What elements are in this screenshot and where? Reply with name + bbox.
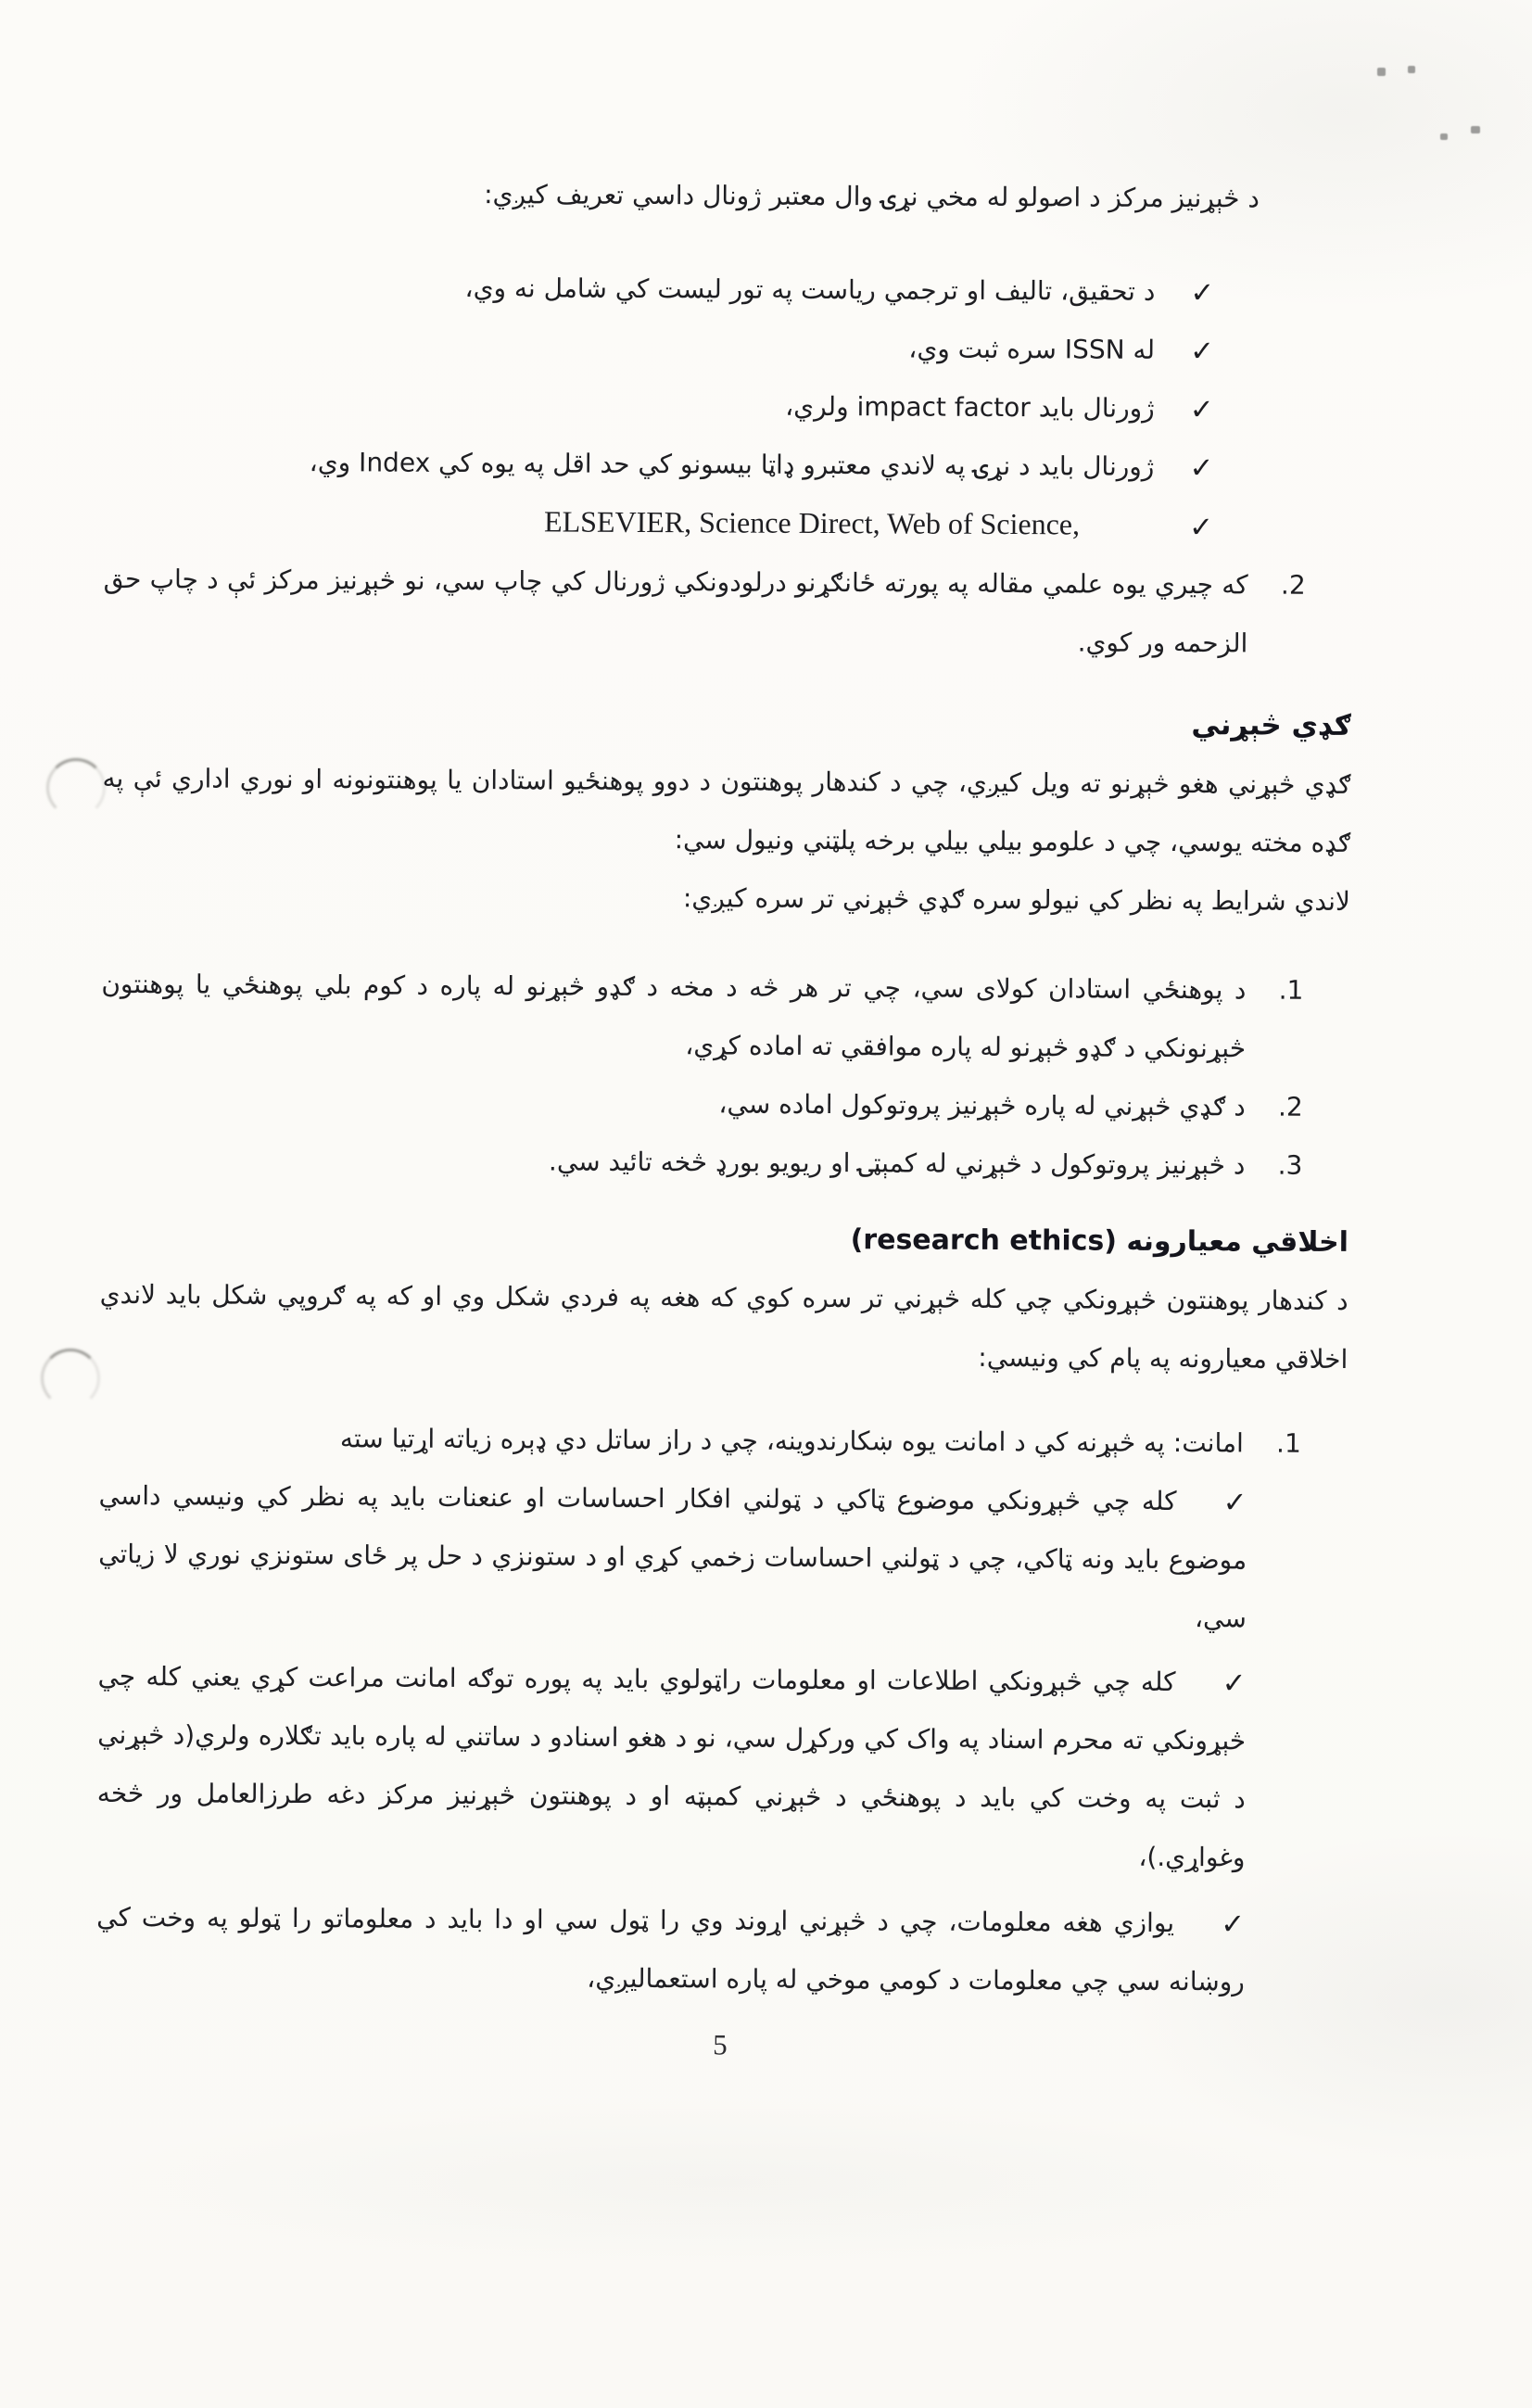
list-item-text: ELSEVIER, Science Direct, Web of Science… [544,504,1080,540]
checkmark-icon: ✓ [1189,439,1213,498]
list-item: ✓کله چي څېړونکي موضوع ټاکي د ټولني افکار… [98,1466,1247,1647]
checkmark-icon: ✓ [1222,1654,1246,1713]
list-item-text: ژورنال بايد د نړۍ په لاندي معتبرو ډاټا ب… [310,447,1155,482]
journal-criteria-list: ✓د تحقيق، تاليف او ترجمي رياست په تور لي… [104,257,1354,556]
checkmark-icon: ✓ [1189,499,1213,557]
section-heading-joint-research: ګډي څېړني [103,691,1351,755]
numbered-item: 2. د ګډي څېړني له پاره څېړنيز پروتوکول ا… [101,1071,1349,1136]
item-number: 1. [1246,1413,1301,1472]
joint-research-intro: ګډي څېړني هغو څېړنو ته ويل کيږي، چي د کن… [102,749,1351,872]
item-number: 3. [1247,1135,1302,1194]
list-item-text: ژورنال بايد impact factor ولري، [785,391,1155,424]
checkmark-icon: ✓ [1190,264,1214,323]
item-text: امانت: په څېړنه کي د امانت يوه ښکارندوين… [340,1423,1244,1458]
punch-hole-shadow-top [46,758,106,817]
item-text: که چيري يوه علمي مقاله په پورته ځانګړنو … [104,564,1248,658]
list-item-text: کله چي څېړونکي موضوع ټاکي د ټولني افکار … [98,1480,1247,1633]
item-text: د ګډي څېړني له پاره څېړنيز پروتوکول اماد… [718,1088,1246,1122]
list-item-text: له ISSN سره ثبت وي، [908,333,1155,364]
checkmark-icon: ✓ [1222,1474,1247,1532]
numbered-item: 3. د څېړنيز پروتوکول د څېړني له کمېټۍ او… [100,1130,1348,1195]
list-item-text: يوازي هغه معلومات، چي د څېړني اړوند وي ر… [96,1902,1245,1996]
item-number: 2. [1250,555,1306,614]
heading-pashto: اخلاقي معيارونه [1126,1225,1348,1259]
document-page: د څېړنيز مرکز د اصولو له مخي نړۍ وال معت… [0,0,1532,2408]
numbered-item: 1. د پوهنځي استادان کولای سي، چي تر هر څ… [101,955,1350,1078]
numbered-item-honesty: 1. امانت: په څېړنه کي د امانت يوه ښکارند… [99,1408,1348,1473]
joint-research-conditions-list: 1. د پوهنځي استادان کولای سي، چي تر هر څ… [100,955,1349,1195]
list-item: ✓ژورنال بايد impact factor ولري، [105,374,1214,437]
numbered-item-publication-fee: 2. که چيري يوه علمي مقاله په پورته ځانګړ… [103,550,1352,673]
heading-english: (research ethics) [851,1223,1118,1258]
list-item-text: د تحقيق، تاليف او ترجمي رياست په تور ليس… [464,272,1155,307]
page-content: د څېړنيز مرکز د اصولو له مخي نړۍ وال معت… [95,0,1355,2077]
list-item: ✓يوازي هغه معلومات، چي د څېړني اړوند وي … [96,1888,1246,2010]
checkmark-icon: ✓ [1221,1895,1245,1954]
ethics-checklist: ✓کله چي څېړونکي موضوع ټاکي د ټولني افکار… [96,1466,1348,2011]
checkmark-icon: ✓ [1190,381,1214,439]
list-item: ✓د تحقيق، تاليف او ترجمي رياست په تور لي… [105,257,1214,321]
item-text: د پوهنځي استادان کولای سي، چي تر هر څه د… [101,969,1246,1063]
list-item-text: کله چي څېړونکي اطلاعات او معلومات راټولو… [97,1661,1246,1872]
checkmark-icon: ✓ [1190,323,1214,381]
ethics-intro: د کندهار پوهنتون څېړونکي چي کله څېړني تر… [99,1265,1348,1388]
section-heading-research-ethics: اخلاقي معيارونه (research ethics) [100,1207,1348,1272]
list-item: ✓کله چي څېړونکي اطلاعات او معلومات راټول… [96,1647,1246,1886]
ink-speck [1377,68,1386,76]
joint-research-conditions-intro: لاندي شرايط په نظر کي نيولو سره ګډي څېړن… [102,866,1350,931]
item-text: د څېړنيز پروتوکول د څېړني له کمېټۍ او ري… [549,1146,1246,1180]
punch-hole-shadow-bottom [41,1349,100,1408]
list-item-databases: ✓ELSEVIER, Science Direct, Web of Scienc… [104,490,1213,555]
item-number: 1. [1247,960,1303,1019]
page-number: 5 [95,2012,1344,2077]
ink-speck [1440,133,1448,140]
ink-speck [1471,126,1480,133]
journal-definition-intro: د څېړنيز مرکز د اصولو له مخي نړۍ وال معت… [106,163,1354,228]
list-item: ✓ژورنال بايد د نړۍ په لاندي معتبرو ډاټا … [104,432,1213,496]
item-number: 2. [1247,1077,1303,1135]
ink-speck [1408,66,1415,73]
list-item: ✓له ISSN سره ثبت وي، [105,315,1214,379]
